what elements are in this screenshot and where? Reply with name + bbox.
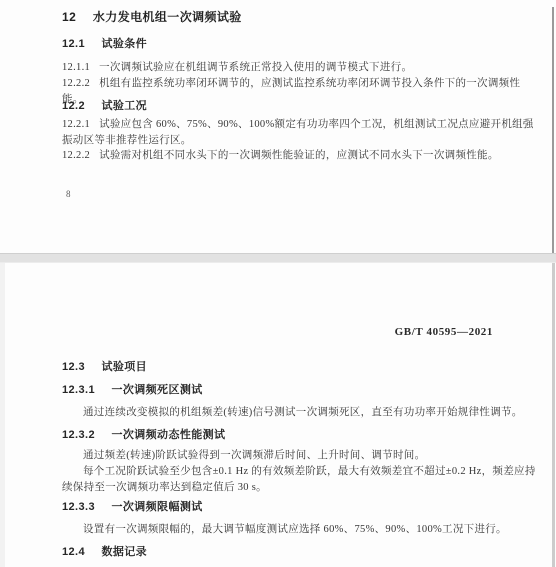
clause-number: 12.1.1	[62, 62, 90, 73]
scan-edge-line-bottom	[552, 263, 555, 567]
section-heading-12-3: 12.3 试验项目	[62, 360, 540, 375]
paragraph-12-3-2-a: 通过频差(转速)阶跃试验得到一次调频滞后时间、上升时间、调节时间。	[62, 448, 540, 464]
page-8: 12 水力发电机组一次调频试验 12.1 试验条件 12.1.1一次调频试验应在…	[0, 0, 556, 253]
section-title: 试验工况	[101, 100, 147, 112]
paragraph-12-3-2-b: 每个工况阶跃试验至少包含±0.1 Hz 的有效频差阶跃，最大有效频差宜不超过±0…	[62, 464, 540, 496]
section-title: 一次调频死区测试	[111, 384, 202, 396]
section-heading-12-3-2: 12.3.2 一次调频动态性能测试	[62, 428, 540, 443]
clause-text: 试验需对机组不同水头下的一次调频性能验证的，应测试不同水头下一次调频性能。	[99, 150, 499, 161]
section-heading-12-1: 12.1 试验条件	[62, 37, 540, 52]
section-title: 数据记录	[101, 546, 147, 558]
clause-12-1-1: 12.1.1一次调频试验应在机组调节系统正常投入使用的调节模式下进行。	[62, 60, 540, 76]
section-number: 12.2	[62, 100, 85, 112]
section-title: 试验条件	[101, 38, 147, 50]
section-title: 试验项目	[101, 361, 147, 373]
clause-text: 试验应包含 60%、75%、90%、100%额定有功功率四个工况，机组测试工况点…	[62, 119, 534, 146]
clause-12-2-2-second: 12.2.2试验需对机组不同水头下的一次调频性能验证的，应测试不同水头下一次调频…	[62, 148, 540, 164]
chapter-number: 12	[62, 10, 76, 24]
section-number: 12.1	[62, 38, 85, 50]
section-number: 12.3.1	[62, 384, 95, 396]
section-title: 一次调频动态性能测试	[111, 429, 225, 441]
page-break-band	[0, 253, 556, 263]
section-heading-12-4: 12.4 数据记录	[62, 545, 540, 560]
section-heading-12-3-3: 12.3.3 一次调频限幅测试	[62, 500, 540, 515]
section-heading-12-2: 12.2 试验工况	[62, 99, 540, 114]
paragraph-12-3-3: 设置有一次调频限幅的，最大调节幅度测试应选择 60%、75%、90%、100%工…	[62, 522, 540, 538]
chapter-title: 水力发电机组一次调频试验	[93, 10, 242, 24]
clause-number: 12.2.2	[62, 78, 90, 89]
clause-text: 一次调频试验应在机组调节系统正常投入使用的调节模式下进行。	[99, 62, 412, 73]
section-number: 12.3.3	[62, 501, 95, 513]
scan-edge-shade-left	[0, 263, 5, 567]
page-number: 8	[66, 189, 71, 199]
paragraph-12-3-1: 通过连续改变模拟的机组频差(转速)信号测试一次调频死区，直至有功功率开始规律性调…	[62, 405, 540, 421]
section-number: 12.3	[62, 361, 85, 373]
clause-number: 12.2.1	[62, 119, 90, 130]
section-number: 12.3.2	[62, 429, 95, 441]
scan-edge-line-top	[552, 7, 554, 253]
clause-number: 12.2.2	[62, 150, 90, 161]
chapter-heading: 12 水力发电机组一次调频试验	[62, 9, 540, 25]
section-title: 一次调频限幅测试	[111, 501, 202, 513]
section-heading-12-3-1: 12.3.1 一次调频死区测试	[62, 383, 540, 398]
clause-12-2-1: 12.2.1试验应包含 60%、75%、90%、100%额定有功功率四个工况，机…	[62, 117, 540, 149]
document-viewport[interactable]: 12 水力发电机组一次调频试验 12.1 试验条件 12.1.1一次调频试验应在…	[0, 0, 556, 567]
running-header: GB/T 40595—2021	[395, 326, 493, 338]
section-number: 12.4	[62, 546, 85, 558]
